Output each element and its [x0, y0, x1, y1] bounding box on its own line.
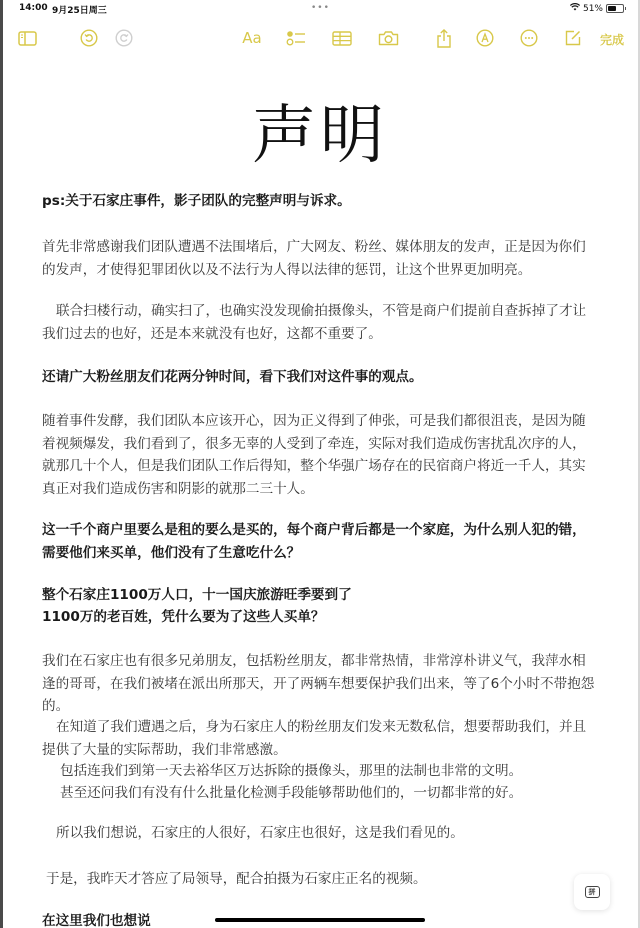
checklist-icon[interactable] [285, 28, 307, 48]
paragraph: 整个石家庄1100万人口，十一国庆旅游旺季要到了 [42, 584, 598, 607]
done-button[interactable]: 完成 [600, 31, 624, 48]
notes-toolbar: Aa 完成 [0, 22, 640, 54]
status-right: 51% [570, 3, 626, 14]
paragraph: 首先非常感谢我们团队遭遇不法围堵后，广大网友、粉丝、媒体朋友的发声，正是因为你们… [42, 236, 598, 281]
paragraph: 1100万的老百姓，凭什么要为了这些人买单？ [42, 606, 598, 629]
camera-icon[interactable] [377, 28, 399, 48]
status-date: 9月25日周三 [52, 3, 107, 16]
table-icon[interactable] [331, 28, 353, 48]
paragraph: 我们在石家庄也有很多兄弟朋友，包括粉丝朋友，都非常热情，非常淳朴讲义气，我萍水相… [42, 650, 598, 718]
paragraph: 于是，我昨天才答应了局领导，配合拍摄为石家庄正名的视频。 [42, 868, 598, 891]
note-title[interactable]: 声明 [0, 84, 640, 176]
share-icon[interactable] [434, 28, 454, 48]
pinyin-keyboard-icon: 拼 [585, 886, 600, 898]
paragraph: ps:关于石家庄事件，影子团队的完整声明与诉求。 [42, 190, 598, 213]
multitasking-dots[interactable]: ••• [311, 3, 330, 13]
paragraph: 所以我们想说，石家庄的人很好，石家庄也很好，这是我们看见的。 [42, 822, 598, 845]
paragraph: 这一千个商户里要么是租的要么是买的，每个商户背后都是一个家庭，为什么别人犯的错，… [42, 519, 598, 564]
compose-icon[interactable] [563, 28, 583, 48]
paragraph: 随着事件发酵，我们团队本应该开心，因为正义得到了伸张，可是我们都很沮丧，是因为随… [42, 410, 598, 500]
keyboard-input-button[interactable]: 拼 [574, 874, 610, 910]
paragraph: 还请广大粉丝朋友们花两分钟时间，看下我们对这件事的观点。 [42, 366, 598, 389]
paragraph: 包括连我们到第一天去裕华区万达拆除的摄像头，那里的法制也非常的文明。 [42, 760, 598, 783]
markup-icon[interactable] [475, 28, 495, 48]
more-icon[interactable] [519, 28, 539, 48]
text-format-icon[interactable]: Aa [238, 28, 266, 48]
sidebar-icon[interactable] [17, 28, 37, 48]
undo-icon[interactable] [79, 28, 99, 48]
paragraph: 联合扫楼行动，确实扫了，也确实没发现偷拍摄像头，不管是商户们提前自查拆掉了才让我… [42, 300, 598, 345]
status-bar: 14:00 9月25日周三 ••• 51% [0, 0, 640, 18]
redo-icon[interactable] [114, 28, 134, 48]
home-indicator[interactable] [215, 918, 425, 922]
status-time: 14:00 [19, 3, 48, 13]
paragraph: 在知道了我们遭遇之后，身为石家庄人的粉丝朋友们发来无数私信，想要帮助我们，并且提… [42, 716, 598, 761]
paragraph: 甚至还问我们有没有什么批量化检测手段能够帮助他们的，一切都非常的好。 [42, 782, 598, 805]
battery-percent: 51% [583, 4, 603, 14]
battery-icon [606, 4, 624, 13]
wifi-icon [570, 3, 580, 14]
